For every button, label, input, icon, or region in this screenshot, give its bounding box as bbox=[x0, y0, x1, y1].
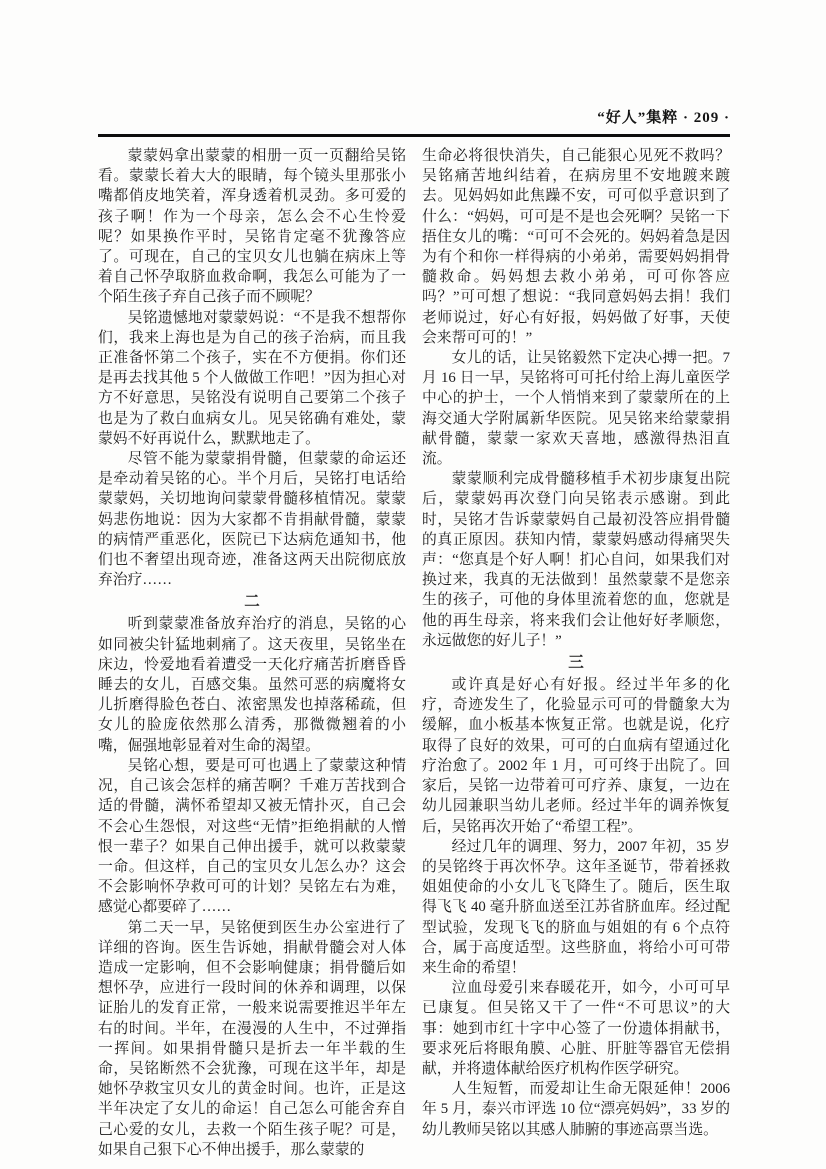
paragraph: 第二天一早，吴铭便到医生办公室进行了详细的咨询。医生告诉她，捐献骨髓会对人体造成… bbox=[98, 918, 406, 1160]
paragraph: 听到蒙蒙准备放弃治疗的消息，吴铭的心如同被尖针猛地刺痛了。这天夜里，吴铭坐在床边… bbox=[98, 614, 406, 755]
paragraph: 人生短暂，而爱却让生命无限延伸！2006 年 5 月，泰兴市评选 10 位“漂亮… bbox=[422, 1079, 730, 1140]
paragraph: 泣血母爱引来春暖花开，如今，小可可早已康复。但吴铭又干了一件“不可思议”的大事：… bbox=[422, 978, 730, 1079]
paragraph-continuation: 生命必将很快消失，自己能狠心见死不救吗？吴铭痛苦地纠结着，在病房里不安地踱来踱去… bbox=[422, 146, 730, 348]
page-content: “好人”集粹 · 209 · 蒙蒙妈拿出蒙蒙的相册一页一页翻给吴铭看。蒙蒙长着大… bbox=[98, 106, 730, 1160]
paragraph: 或许真是好心有好报。经过半年多的化疗，奇迹发生了，化验显示可可的骨髓象大为缓解，… bbox=[422, 675, 730, 837]
text-columns: 蒙蒙妈拿出蒙蒙的相册一页一页翻给吴铭看。蒙蒙长着大大的眼睛，每个镜头里那张小嘴都… bbox=[98, 146, 730, 1160]
running-head: “好人”集粹 · 209 · bbox=[98, 106, 730, 134]
book-page: “好人”集粹 · 209 · 蒙蒙妈拿出蒙蒙的相册一页一页翻给吴铭看。蒙蒙长着大… bbox=[0, 0, 826, 1169]
section-heading-two: 二 bbox=[98, 591, 406, 613]
paragraph: 蒙蒙顺利完成骨髓移植手术初步康复出院后，蒙蒙妈再次登门向吴铭表示感谢。到此时，吴… bbox=[422, 469, 730, 651]
paragraph: 蒙蒙妈拿出蒙蒙的相册一页一页翻给吴铭看。蒙蒙长着大大的眼睛，每个镜头里那张小嘴都… bbox=[98, 146, 406, 308]
header-rule bbox=[98, 134, 730, 137]
paragraph: 女儿的话，让吴铭毅然下定决心搏一把。7 月 16 日一早，吴铭将可可托付给上海儿… bbox=[422, 348, 730, 469]
section-heading-three: 三 bbox=[422, 652, 730, 674]
paragraph: 吴铭心想，要是可可也遇上了蒙蒙这种情况，自己该会怎样的痛苦啊？千难万苦找到合适的… bbox=[98, 756, 406, 918]
left-column: 蒙蒙妈拿出蒙蒙的相册一页一页翻给吴铭看。蒙蒙长着大大的眼睛，每个镜头里那张小嘴都… bbox=[98, 146, 406, 1160]
paragraph: 经过几年的调理、努力，2007 年初，35 岁的吴铭终于再次怀孕。这年圣诞节，带… bbox=[422, 837, 730, 978]
paragraph: 尽管不能为蒙蒙捐骨髓，但蒙蒙的命运还是牵动着吴铭的心。半个月后，吴铭打电话给蒙蒙… bbox=[98, 449, 406, 590]
right-column: 生命必将很快消失，自己能狠心见死不救吗？吴铭痛苦地纠结着，在病房里不安地踱来踱去… bbox=[422, 146, 730, 1160]
paragraph: 吴铭遗憾地对蒙蒙妈说：“不是我不想帮你们，我来上海也是为自己的孩子治病，而且我正… bbox=[98, 308, 406, 449]
